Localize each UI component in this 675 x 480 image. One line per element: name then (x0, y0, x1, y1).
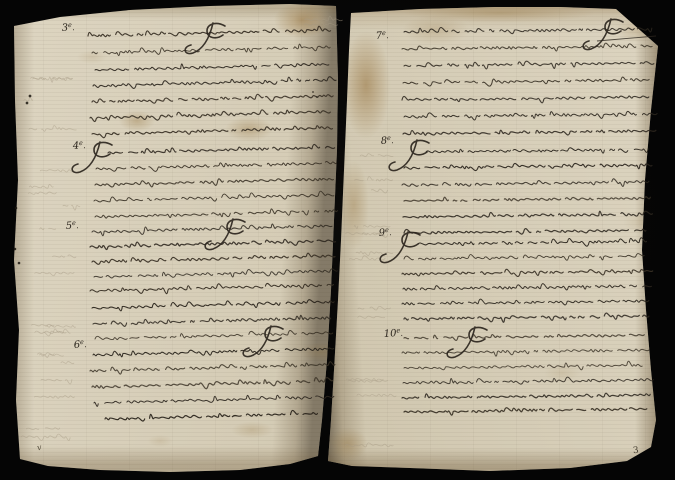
quire-mark: v (36, 443, 42, 453)
folio-number: 3 (632, 446, 639, 457)
manuscript-photo: 3e.4e.5e.6e.7e.8e.9e.10e. v 3 (0, 0, 675, 480)
